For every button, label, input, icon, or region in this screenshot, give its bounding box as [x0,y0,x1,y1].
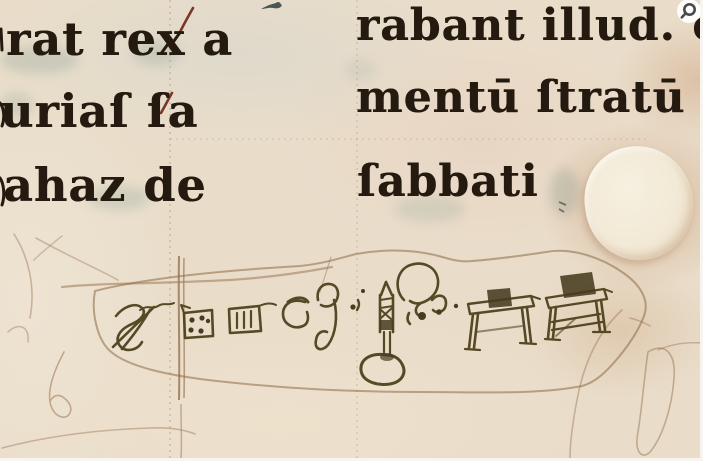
parchment-hole [578,139,700,267]
image-viewer: rat rex a uriaſ ſa ahaz de rabant illud.… [0,0,703,461]
plummet-column-line [179,256,185,458]
manuscript-line: uriaſ ſa [0,84,198,138]
table-with-dark-object-drawing [465,288,540,350]
ruling-lines [170,0,648,458]
manuscript-image[interactable]: rat rex a uriaſ ſa ahaz de rabant illud.… [0,0,700,458]
manuscript-line: ſabbati [357,156,539,207]
letters-dy-drawing [283,284,356,349]
sketch-enclosure [94,251,700,458]
manuscript-line: rabant illud. œ p [356,0,700,51]
manuscript-line: rat rex a [6,12,233,66]
candlestick-drawing [357,282,404,384]
looped-knot-drawing [398,264,459,324]
manuscript-line: ahaz de [3,158,207,212]
die-block-dotted-drawing [181,305,213,338]
small-specks [559,202,566,212]
ink-smudge [550,168,580,216]
manuscript-line: mentū ſtratū la [356,72,700,123]
faint-scratches [2,234,650,448]
top-edge-ink-blotch [261,2,282,9]
zoom-button[interactable] [675,0,703,26]
trestle-table-with-dark-object-drawing [545,272,612,340]
die-block-hatched-drawing [229,304,276,333]
flourish-monogram-drawing [113,303,174,350]
magnifier-icon [675,0,703,26]
